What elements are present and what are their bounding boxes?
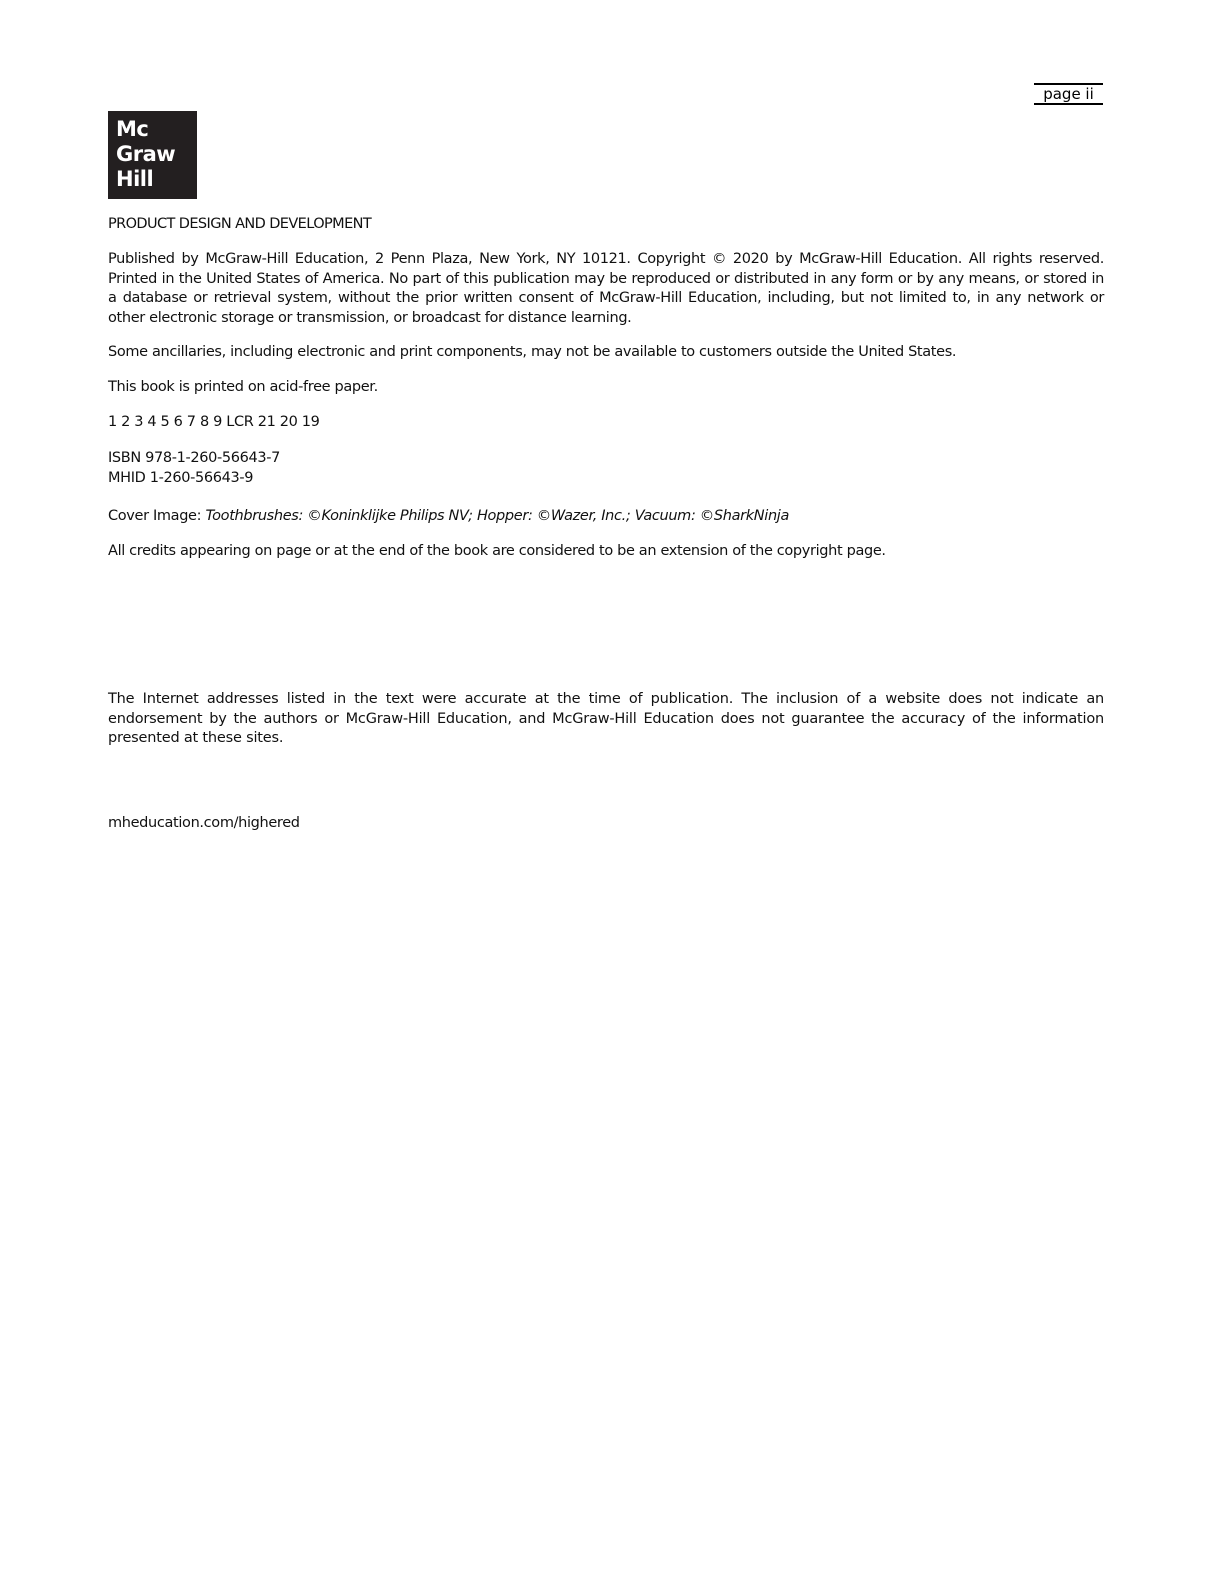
logo-line-hill: Hill: [116, 167, 197, 192]
identifiers: ISBN 978-1-260-56643-7 MHID 1-260-56643-…: [108, 449, 1104, 488]
website-link[interactable]: mheducation.com/highered: [108, 814, 1104, 834]
cover-image-credits: Toothbrushes: ©Koninklijke Philips NV; H…: [205, 508, 789, 524]
ancillaries-note: Some ancillaries, including electronic a…: [108, 343, 1104, 363]
internet-disclaimer: The Internet addresses listed in the tex…: [108, 690, 1104, 749]
credits-note: All credits appearing on page or at the …: [108, 542, 1104, 562]
logo-line-graw: Graw: [116, 142, 197, 167]
logo-line-mc: Mc: [116, 117, 197, 142]
copyright-paragraph: Published by McGraw-Hill Education, 2 Pe…: [108, 250, 1104, 328]
print-line: 1 2 3 4 5 6 7 8 9 LCR 21 20 19: [108, 413, 1104, 433]
paper-note: This book is printed on acid-free paper.: [108, 378, 1104, 398]
isbn: ISBN 978-1-260-56643-7: [108, 449, 1104, 469]
cover-image-credit: Cover Image: Toothbrushes: ©Koninklijke …: [108, 507, 1104, 527]
mcgraw-hill-logo: Mc Graw Hill: [108, 111, 197, 199]
book-title: PRODUCT DESIGN AND DEVELOPMENT: [108, 215, 1104, 235]
page-number-label: page ii: [1034, 83, 1103, 105]
mhid: MHID 1-260-56643-9: [108, 469, 1104, 489]
cover-image-label: Cover Image:: [108, 508, 205, 524]
